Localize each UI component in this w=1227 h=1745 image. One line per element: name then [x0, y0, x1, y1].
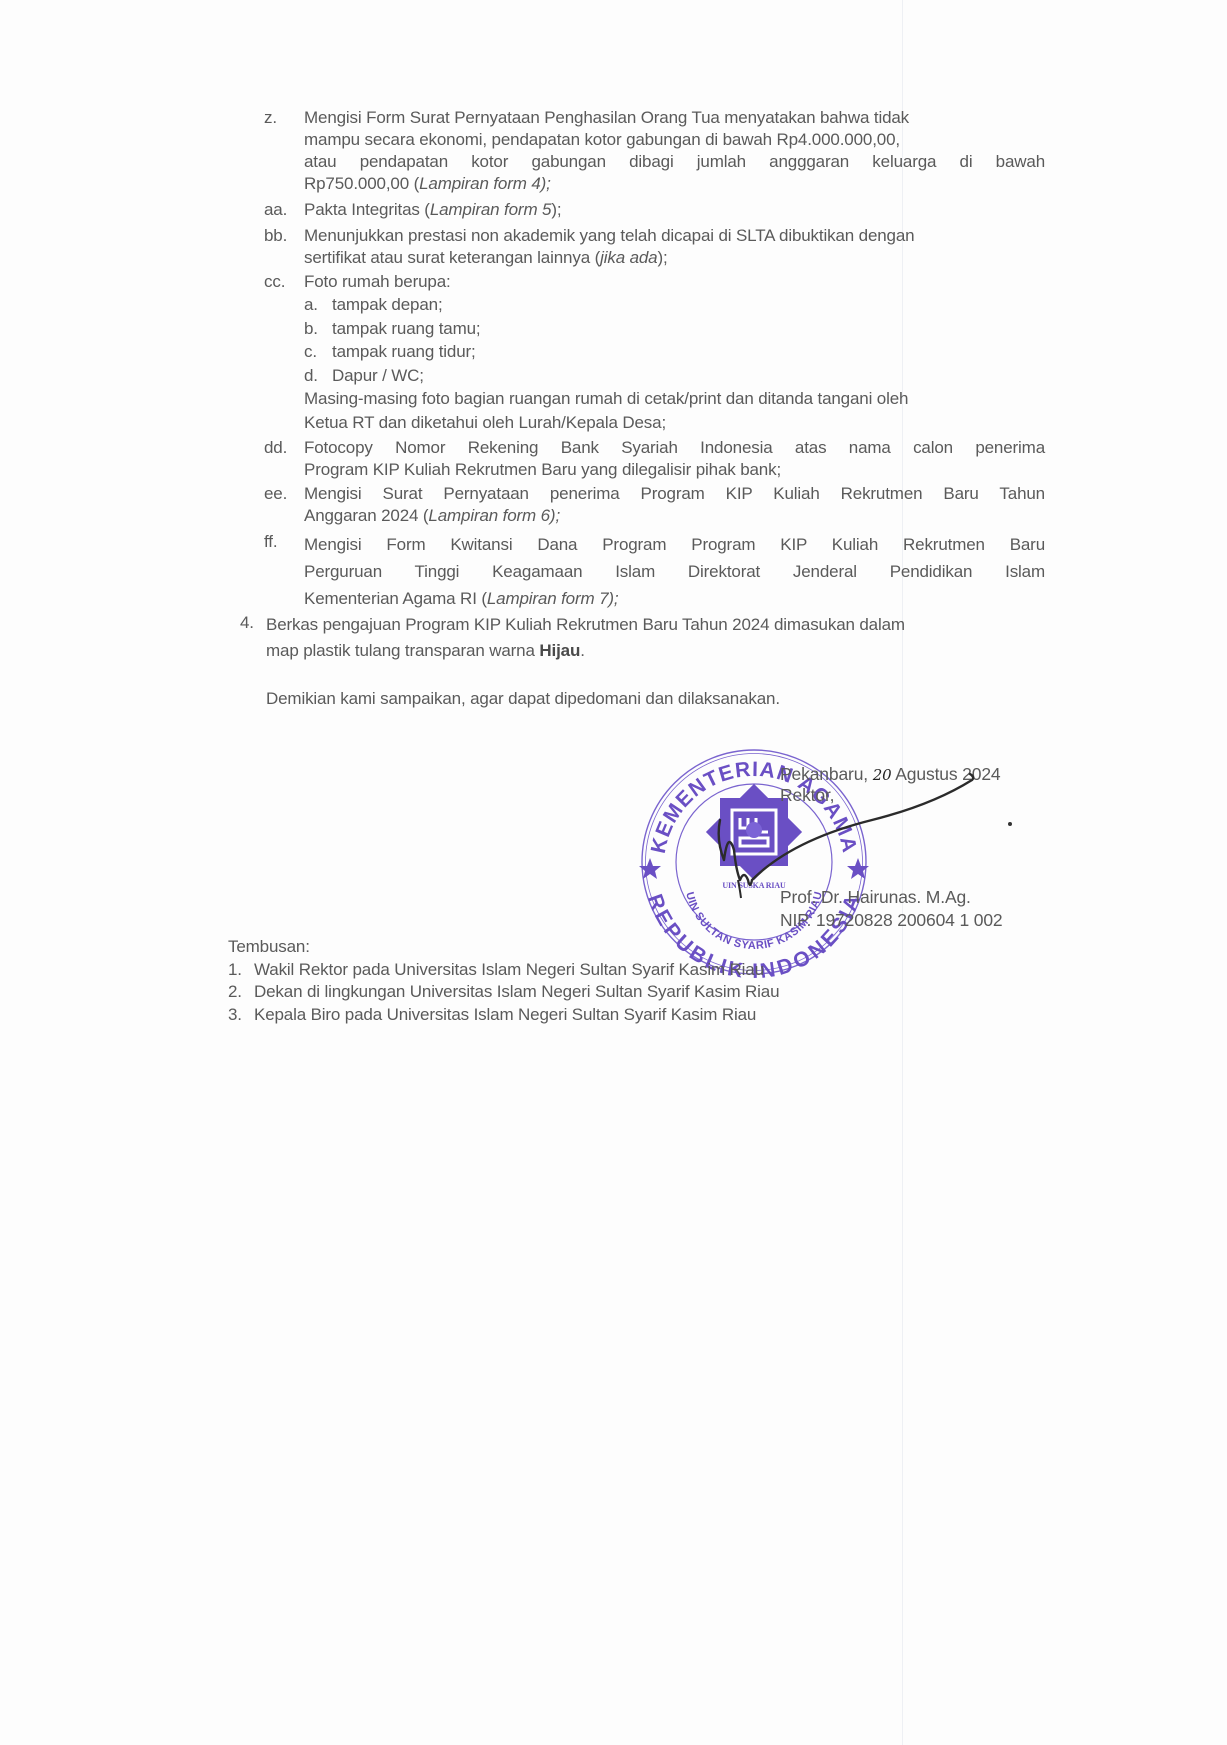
- italic-text: Lampiran form 7);: [487, 589, 619, 608]
- text: Fotocopy Nomor Rekening Bank Syariah Ind…: [304, 438, 1045, 457]
- sublist-marker: c.: [304, 341, 317, 363]
- cc-item: Dekan di lingkungan Universitas Islam Ne…: [254, 981, 779, 1003]
- sublist-item: tampak ruang tamu;: [332, 318, 481, 340]
- text: );: [658, 248, 668, 267]
- list-marker: ee.: [264, 483, 287, 505]
- text: Anggaran 2024 (: [304, 506, 428, 525]
- text-line: atau pendapatan kotor gabungan dibagi ju…: [304, 151, 1045, 173]
- text: .: [580, 641, 585, 660]
- signature-stroke: [700, 760, 1020, 920]
- bold-text: Hijau: [539, 641, 580, 660]
- list-marker: z.: [264, 107, 277, 129]
- point-4: Berkas pengajuan Program KIP Kuliah Rekr…: [266, 612, 1046, 664]
- list-item-aa: Pakta Integritas (Lampiran form 5);: [304, 199, 561, 221]
- list-item-dd: Fotocopy Nomor Rekening Bank Syariah Ind…: [304, 437, 1045, 481]
- list-marker: bb.: [264, 225, 287, 247]
- ink-dot: [1008, 822, 1012, 826]
- text-line: Mengisi Surat Pernyataan penerima Progra…: [304, 483, 1045, 505]
- italic-text: Lampiran form 4);: [419, 174, 551, 193]
- text: Mengisi Surat Pernyataan penerima Progra…: [304, 484, 1045, 503]
- document-page: z. Mengisi Form Surat Pernyataan Penghas…: [0, 0, 1227, 1745]
- text-line: Rp750.000,00 (Lampiran form 4);: [304, 173, 1045, 195]
- closing-sentence: Demikian kami sampaikan, agar dapat dipe…: [266, 688, 780, 710]
- text: );: [551, 200, 561, 219]
- text: sertifikat atau surat keterangan lainnya…: [304, 248, 600, 267]
- text: Berkas pengajuan Program KIP Kuliah Rekr…: [266, 615, 905, 634]
- list-marker: dd.: [264, 437, 287, 459]
- text-line: Menunjukkan prestasi non akademik yang t…: [304, 225, 1045, 247]
- cc-marker: 1.: [228, 959, 242, 981]
- cc-marker: 3.: [228, 1004, 242, 1026]
- text: Mengisi Form Kwitansi Dana Program Progr…: [304, 535, 1045, 554]
- sublist-marker: b.: [304, 318, 318, 340]
- text: atau pendapatan kotor gabungan dibagi ju…: [304, 152, 1045, 171]
- cc-item: Kepala Biro pada Universitas Islam Neger…: [254, 1004, 756, 1026]
- sublist-item: Dapur / WC;: [332, 365, 424, 387]
- cc-note-line: Ketua RT dan diketahui oleh Lurah/Kepala…: [304, 412, 666, 434]
- list-marker: cc.: [264, 271, 285, 293]
- cc-item: Wakil Rektor pada Universitas Islam Nege…: [254, 959, 764, 981]
- list-item-bb: Menunjukkan prestasi non akademik yang t…: [304, 225, 1045, 269]
- text-line: Perguruan Tinggi Keagamaan Islam Direkto…: [304, 558, 1045, 585]
- list-item-ff: Mengisi Form Kwitansi Dana Program Progr…: [304, 531, 1045, 612]
- cc-title: Tembusan:: [228, 936, 310, 958]
- sublist-item: tampak ruang tidur;: [332, 341, 476, 363]
- text: Mengisi Form Surat Pernyataan Penghasila…: [304, 107, 909, 129]
- sublist-marker: a.: [304, 294, 318, 316]
- text-line: Fotocopy Nomor Rekening Bank Syariah Ind…: [304, 437, 1045, 459]
- list-item-ee: Mengisi Surat Pernyataan penerima Progra…: [304, 483, 1045, 527]
- list-marker: 4.: [240, 612, 254, 634]
- list-item-z: Mengisi Form Surat Pernyataan Penghasila…: [304, 107, 1045, 195]
- cc-note-line: Masing-masing foto bagian ruangan rumah …: [304, 388, 908, 410]
- text: Pakta Integritas (: [304, 200, 430, 219]
- text-line: Kementerian Agama RI (Lampiran form 7);: [304, 585, 1045, 612]
- cc-marker: 2.: [228, 981, 242, 1003]
- list-item-cc-title: Foto rumah berupa:: [304, 271, 451, 293]
- text: Perguruan Tinggi Keagamaan Islam Direkto…: [304, 562, 1045, 581]
- handwritten-signature: [700, 760, 1020, 920]
- sublist-item: tampak depan;: [332, 294, 443, 316]
- italic-text: jika ada: [600, 248, 657, 267]
- text-line: Berkas pengajuan Program KIP Kuliah Rekr…: [266, 612, 1046, 638]
- text: Rp750.000,00 (: [304, 174, 419, 193]
- text: Menunjukkan prestasi non akademik yang t…: [304, 226, 914, 245]
- list-marker: aa.: [264, 199, 287, 221]
- text: mampu secara ekonomi, pendapatan kotor g…: [304, 129, 900, 151]
- text: Program KIP Kuliah Rekrutmen Baru yang d…: [304, 460, 781, 479]
- italic-text: Lampiran form 6);: [428, 506, 560, 525]
- text-line: Program KIP Kuliah Rekrutmen Baru yang d…: [304, 459, 1045, 481]
- list-marker: ff.: [264, 531, 277, 553]
- text: map plastik tulang transparan warna: [266, 641, 539, 660]
- text: Kementerian Agama RI (: [304, 589, 487, 608]
- text-line: map plastik tulang transparan warna Hija…: [266, 638, 1046, 664]
- sublist-marker: d.: [304, 365, 318, 387]
- text-line: sertifikat atau surat keterangan lainnya…: [304, 247, 1045, 269]
- text-line: mampu secara ekonomi, pendapatan kotor g…: [304, 129, 1045, 151]
- text-line: Mengisi Form Surat Pernyataan Penghasila…: [304, 107, 1045, 129]
- text-line: Mengisi Form Kwitansi Dana Program Progr…: [304, 531, 1045, 558]
- italic-text: Lampiran form 5: [430, 200, 552, 219]
- text-line: Anggaran 2024 (Lampiran form 6);: [304, 505, 1045, 527]
